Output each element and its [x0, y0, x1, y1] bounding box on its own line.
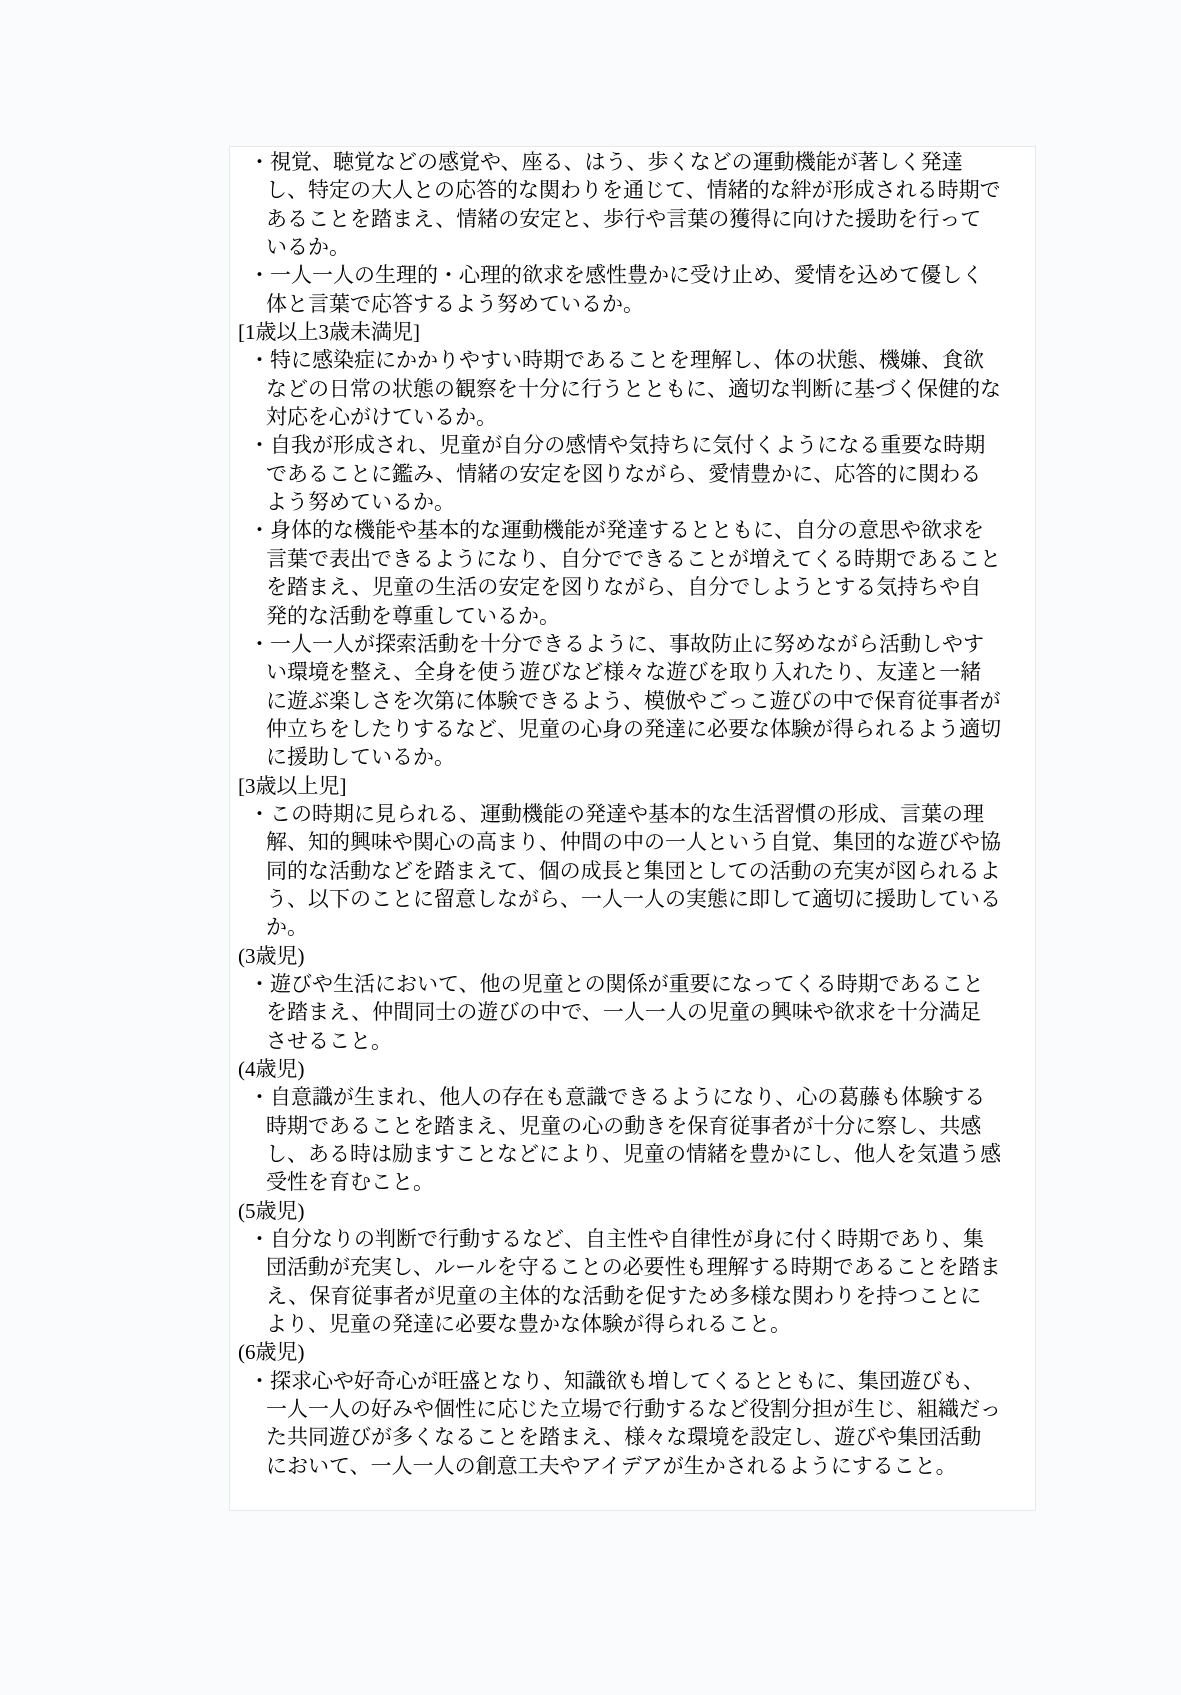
bullet-item: ・自我が形成され、児童が自分の感情や気持ちに気付くようになる重要な時期であること…: [238, 431, 1001, 516]
section-header-age-4: (4歳児): [238, 1055, 1001, 1083]
bullet-item-text: 探求心や好奇心が旺盛となり、知識欲も増してくるとともに、集団遊びも、一人一人の好…: [266, 1369, 1001, 1478]
section-header-age-3-plus: [3歳以上児]: [238, 772, 1001, 800]
bullet-icon: ・: [249, 348, 270, 372]
document-content: ・視覚、聴覚などの感覚や、座る、はう、歩くなどの運動機能が著しく発達し、特定の大…: [230, 147, 1035, 1486]
bullet-icon: ・: [249, 802, 270, 826]
bullet-item: ・特に感染症にかかりやすい時期であることを理解し、体の状態、機嫌、食欲などの日常…: [238, 346, 1001, 431]
bullet-item: ・遊びや生活において、他の児童との関係が重要になってくる時期であることを踏まえ、…: [238, 970, 1001, 1055]
bullet-icon: ・: [249, 433, 270, 457]
bullet-icon: ・: [249, 518, 270, 542]
bullet-item-text: 自我が形成され、児童が自分の感情や気持ちに気付くようになる重要な時期であることに…: [266, 433, 985, 514]
bullet-icon: ・: [249, 972, 270, 996]
section-header-age-1-to-3: [1歳以上3歳未満児]: [238, 318, 1001, 346]
bullet-icon: ・: [249, 1085, 270, 1109]
bullet-icon: ・: [249, 150, 270, 174]
bullet-item: ・一人一人が探索活動を十分できるように、事故防止に努めながら活動しやすい環境を整…: [238, 630, 1001, 772]
bullet-icon: ・: [249, 632, 270, 656]
bullet-item: ・視覚、聴覚などの感覚や、座る、はう、歩くなどの運動機能が著しく発達し、特定の大…: [238, 148, 1001, 261]
bullet-item-text: この時期に見られる、運動機能の発達や基本的な生活習慣の形成、言葉の理解、知的興味…: [266, 802, 1001, 939]
bullet-item: ・自意識が生まれ、他人の存在も意識できるようになり、心の葛藤も体験する時期である…: [238, 1083, 1001, 1196]
bullet-item-text: 自分なりの判断で行動するなど、自主性や自律性が身に付く時期であり、集団活動が充実…: [266, 1227, 1001, 1336]
section-header-age-3: (3歳児): [238, 942, 1001, 970]
bullet-item-text: 一人一人の生理的・心理的欲求を感性豊かに受け止め、愛情を込めて優しく体と言葉で応…: [266, 263, 983, 315]
bullet-item-text: 一人一人が探索活動を十分できるように、事故防止に努めながら活動しやすい環境を整え…: [266, 632, 1001, 769]
bullet-item: ・一人一人の生理的・心理的欲求を感性豊かに受け止め、愛情を込めて優しく体と言葉で…: [238, 261, 1001, 318]
bullet-item: ・自分なりの判断で行動するなど、自主性や自律性が身に付く時期であり、集団活動が充…: [238, 1225, 1001, 1338]
bullet-item-text: 身体的な機能や基本的な運動機能が発達するとともに、自分の意思や欲求を言葉で表出で…: [266, 518, 1001, 627]
bullet-icon: ・: [249, 263, 270, 287]
bullet-icon: ・: [249, 1227, 270, 1251]
bullet-item: ・身体的な機能や基本的な運動機能が発達するとともに、自分の意思や欲求を言葉で表出…: [238, 516, 1001, 629]
bullet-item-text: 特に感染症にかかりやすい時期であることを理解し、体の状態、機嫌、食欲などの日常の…: [266, 348, 1001, 429]
bullet-item: ・探求心や好奇心が旺盛となり、知識欲も増してくるとともに、集団遊びも、一人一人の…: [238, 1367, 1001, 1480]
section-header-age-5: (5歳児): [238, 1197, 1001, 1225]
bullet-item-text: 視覚、聴覚などの感覚や、座る、はう、歩くなどの運動機能が著しく発達し、特定の大人…: [266, 150, 1001, 259]
section-header-age-6: (6歳児): [238, 1338, 1001, 1366]
bullet-item-text: 遊びや生活において、他の児童との関係が重要になってくる時期であることを踏まえ、仲…: [266, 972, 984, 1053]
bullet-item-text: 自意識が生まれ、他人の存在も意識できるようになり、心の葛藤も体験する時期であるこ…: [266, 1085, 1001, 1194]
bullet-icon: ・: [249, 1369, 270, 1393]
bullet-item: ・この時期に見られる、運動機能の発達や基本的な生活習慣の形成、言葉の理解、知的興…: [238, 800, 1001, 942]
document-page: ・視覚、聴覚などの感覚や、座る、はう、歩くなどの運動機能が著しく発達し、特定の大…: [229, 146, 1036, 1511]
